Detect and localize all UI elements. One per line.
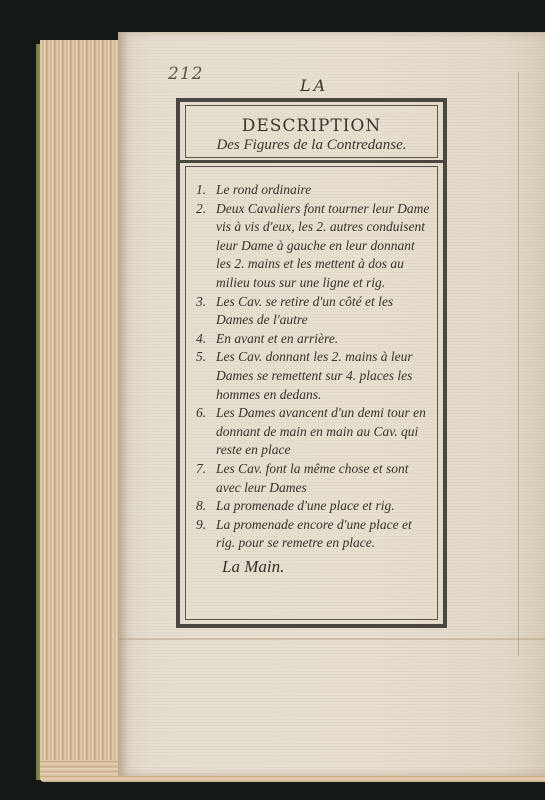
figure-item: 2. Deux Cavaliers font tourner leur Dame… <box>196 200 431 293</box>
page-fold-line <box>118 638 545 640</box>
figure-number: 1. <box>196 181 216 200</box>
figure-number: 8. <box>196 497 216 516</box>
figure-item: 4. En avant et en arrière. <box>196 330 431 349</box>
figure-item: 9. La promenade encore d'une place et ri… <box>196 516 431 553</box>
figure-number: 5. <box>196 348 216 404</box>
figures-list: 1. Le rond ordinaire 2. Deux Cavaliers f… <box>185 166 438 620</box>
figure-text: La promenade d'une place et rig. <box>216 497 431 516</box>
figure-item: 7. Les Cav. font la même chose et sont a… <box>196 460 431 497</box>
figure-item: 3. Les Cav. se retire d'un côté et les D… <box>196 293 431 330</box>
page-stack-edge <box>40 40 130 782</box>
page-title: DESCRIPTION <box>186 116 437 136</box>
figure-item: 8. La promenade d'une place et rig. <box>196 497 431 516</box>
figure-text: Les Cav. font la même chose et sont avec… <box>216 460 431 497</box>
figure-number: 6. <box>196 404 216 460</box>
title-cartouche: DESCRIPTION Des Figures de la Contredans… <box>185 105 438 158</box>
figure-text: Le rond ordinaire <box>216 181 431 200</box>
figure-item: 5. Les Cav. donnant les 2. mains à leur … <box>196 348 431 404</box>
frame-divider <box>180 160 443 163</box>
engraver-signature: La Main. <box>196 557 431 577</box>
page-subtitle: Des Figures de la Contredanse. <box>186 136 437 154</box>
running-head: LA <box>300 76 328 95</box>
figure-number: 4. <box>196 330 216 349</box>
figure-text: La promenade encore d'une place et rig. … <box>216 516 431 553</box>
figure-item: 1. Le rond ordinaire <box>196 181 431 200</box>
figure-text: Deux Cavaliers font tourner leur Dame vi… <box>216 200 431 293</box>
page-number: 212 <box>168 64 203 84</box>
figure-text: Les Dames avancent d'un demi tour en don… <box>216 404 431 460</box>
figure-text: En avant et en arrière. <box>216 330 431 349</box>
figure-number: 2. <box>196 200 216 293</box>
engraved-frame: DESCRIPTION Des Figures de la Contredans… <box>176 98 447 628</box>
figure-number: 7. <box>196 460 216 497</box>
figure-text: Les Cav. donnant les 2. mains à leur Dam… <box>216 348 431 404</box>
figure-number: 3. <box>196 293 216 330</box>
page-crease <box>518 72 519 656</box>
figure-item: 6. Les Dames avancent d'un demi tour en … <box>196 404 431 460</box>
figure-text: Les Cav. se retire d'un côté et les Dame… <box>216 293 431 330</box>
figure-number: 9. <box>196 516 216 553</box>
